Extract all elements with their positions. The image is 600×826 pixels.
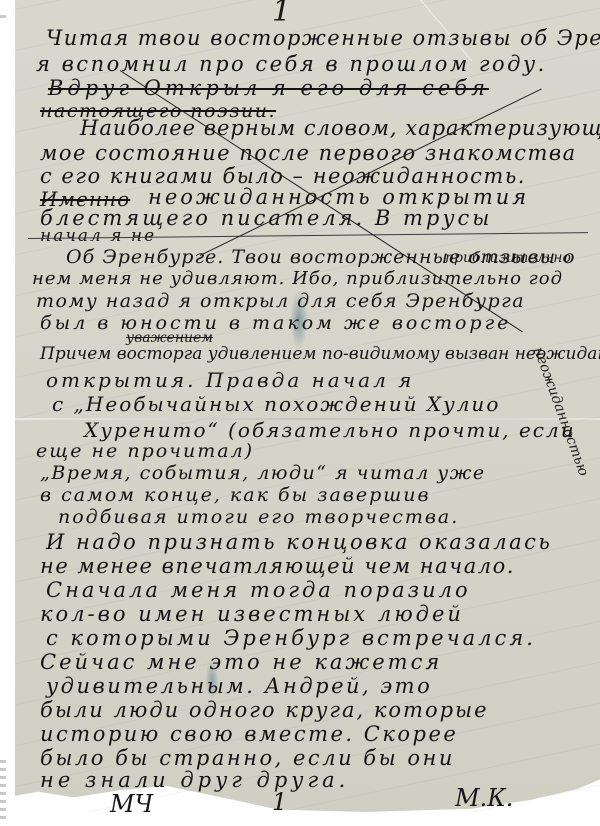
footer-page-number: 1 bbox=[272, 788, 287, 816]
text-line: было бы странно, если бы они bbox=[40, 746, 455, 770]
text-line: не знали друг друга. bbox=[40, 768, 349, 792]
scan-edge-artifact bbox=[0, 15, 6, 19]
text-line: Читая твои восторженные отзывы об Эренбу… bbox=[46, 26, 600, 50]
text-line: нем меня не удивляют. Ибо, приблизительн… bbox=[32, 268, 563, 289]
scan-edge-artifact bbox=[0, 760, 6, 820]
text-line: не менее впечатляющей чем начало. bbox=[40, 554, 515, 578]
page-number-header: 1 bbox=[272, 0, 291, 29]
text-line: подбивая итоги его творчества. bbox=[58, 506, 459, 528]
signature: М.К. bbox=[455, 784, 513, 812]
text-line: с „Необычайных похождений Хулио bbox=[52, 392, 500, 416]
text-line: Сейчас мне это не кажется bbox=[40, 650, 442, 674]
struck-text-line: Вдруг Открыл я его для себя bbox=[48, 76, 489, 100]
text-line: тому назад я открыл для себя Эренбурга bbox=[36, 290, 525, 312]
interlinear-insertion: приблизительно bbox=[445, 250, 571, 266]
initials-left: МЧ bbox=[110, 790, 153, 818]
text-line: Хуренито“ (обязательно прочти, если bbox=[84, 418, 576, 442]
text-line: Наиболее верным словом, характеризующим bbox=[80, 116, 600, 140]
text-line: еще не прочитал) bbox=[36, 440, 254, 462]
text-line: удивительным. Андрей, это bbox=[46, 674, 432, 698]
text-line: мое состояние после первого знакомства bbox=[40, 141, 577, 165]
text-line: я вспомнил про себя в прошлом году. bbox=[36, 52, 547, 76]
text-line: были люди одного круга, которые bbox=[40, 698, 489, 722]
text-line: Причем восторга удивлением по-видимому в… bbox=[40, 344, 600, 364]
text-line: И надо признать концовка оказалась bbox=[46, 530, 552, 554]
text-line: Сначала меня тогда поразило bbox=[46, 578, 471, 602]
text-line: открытия. Правда начал я bbox=[46, 368, 414, 392]
text-line: был в юности в таком же восторге bbox=[40, 312, 511, 334]
text-line: историю свою вместе. Скорее bbox=[40, 722, 458, 746]
text-line: „Время, события, люди“ я читал уже bbox=[40, 462, 486, 484]
text-line: с которыми Эренбург встречался. bbox=[46, 626, 536, 650]
text-line: в самом конце, как бы завершив bbox=[40, 484, 431, 506]
text-line: кол-во имен известных людей bbox=[40, 602, 464, 626]
